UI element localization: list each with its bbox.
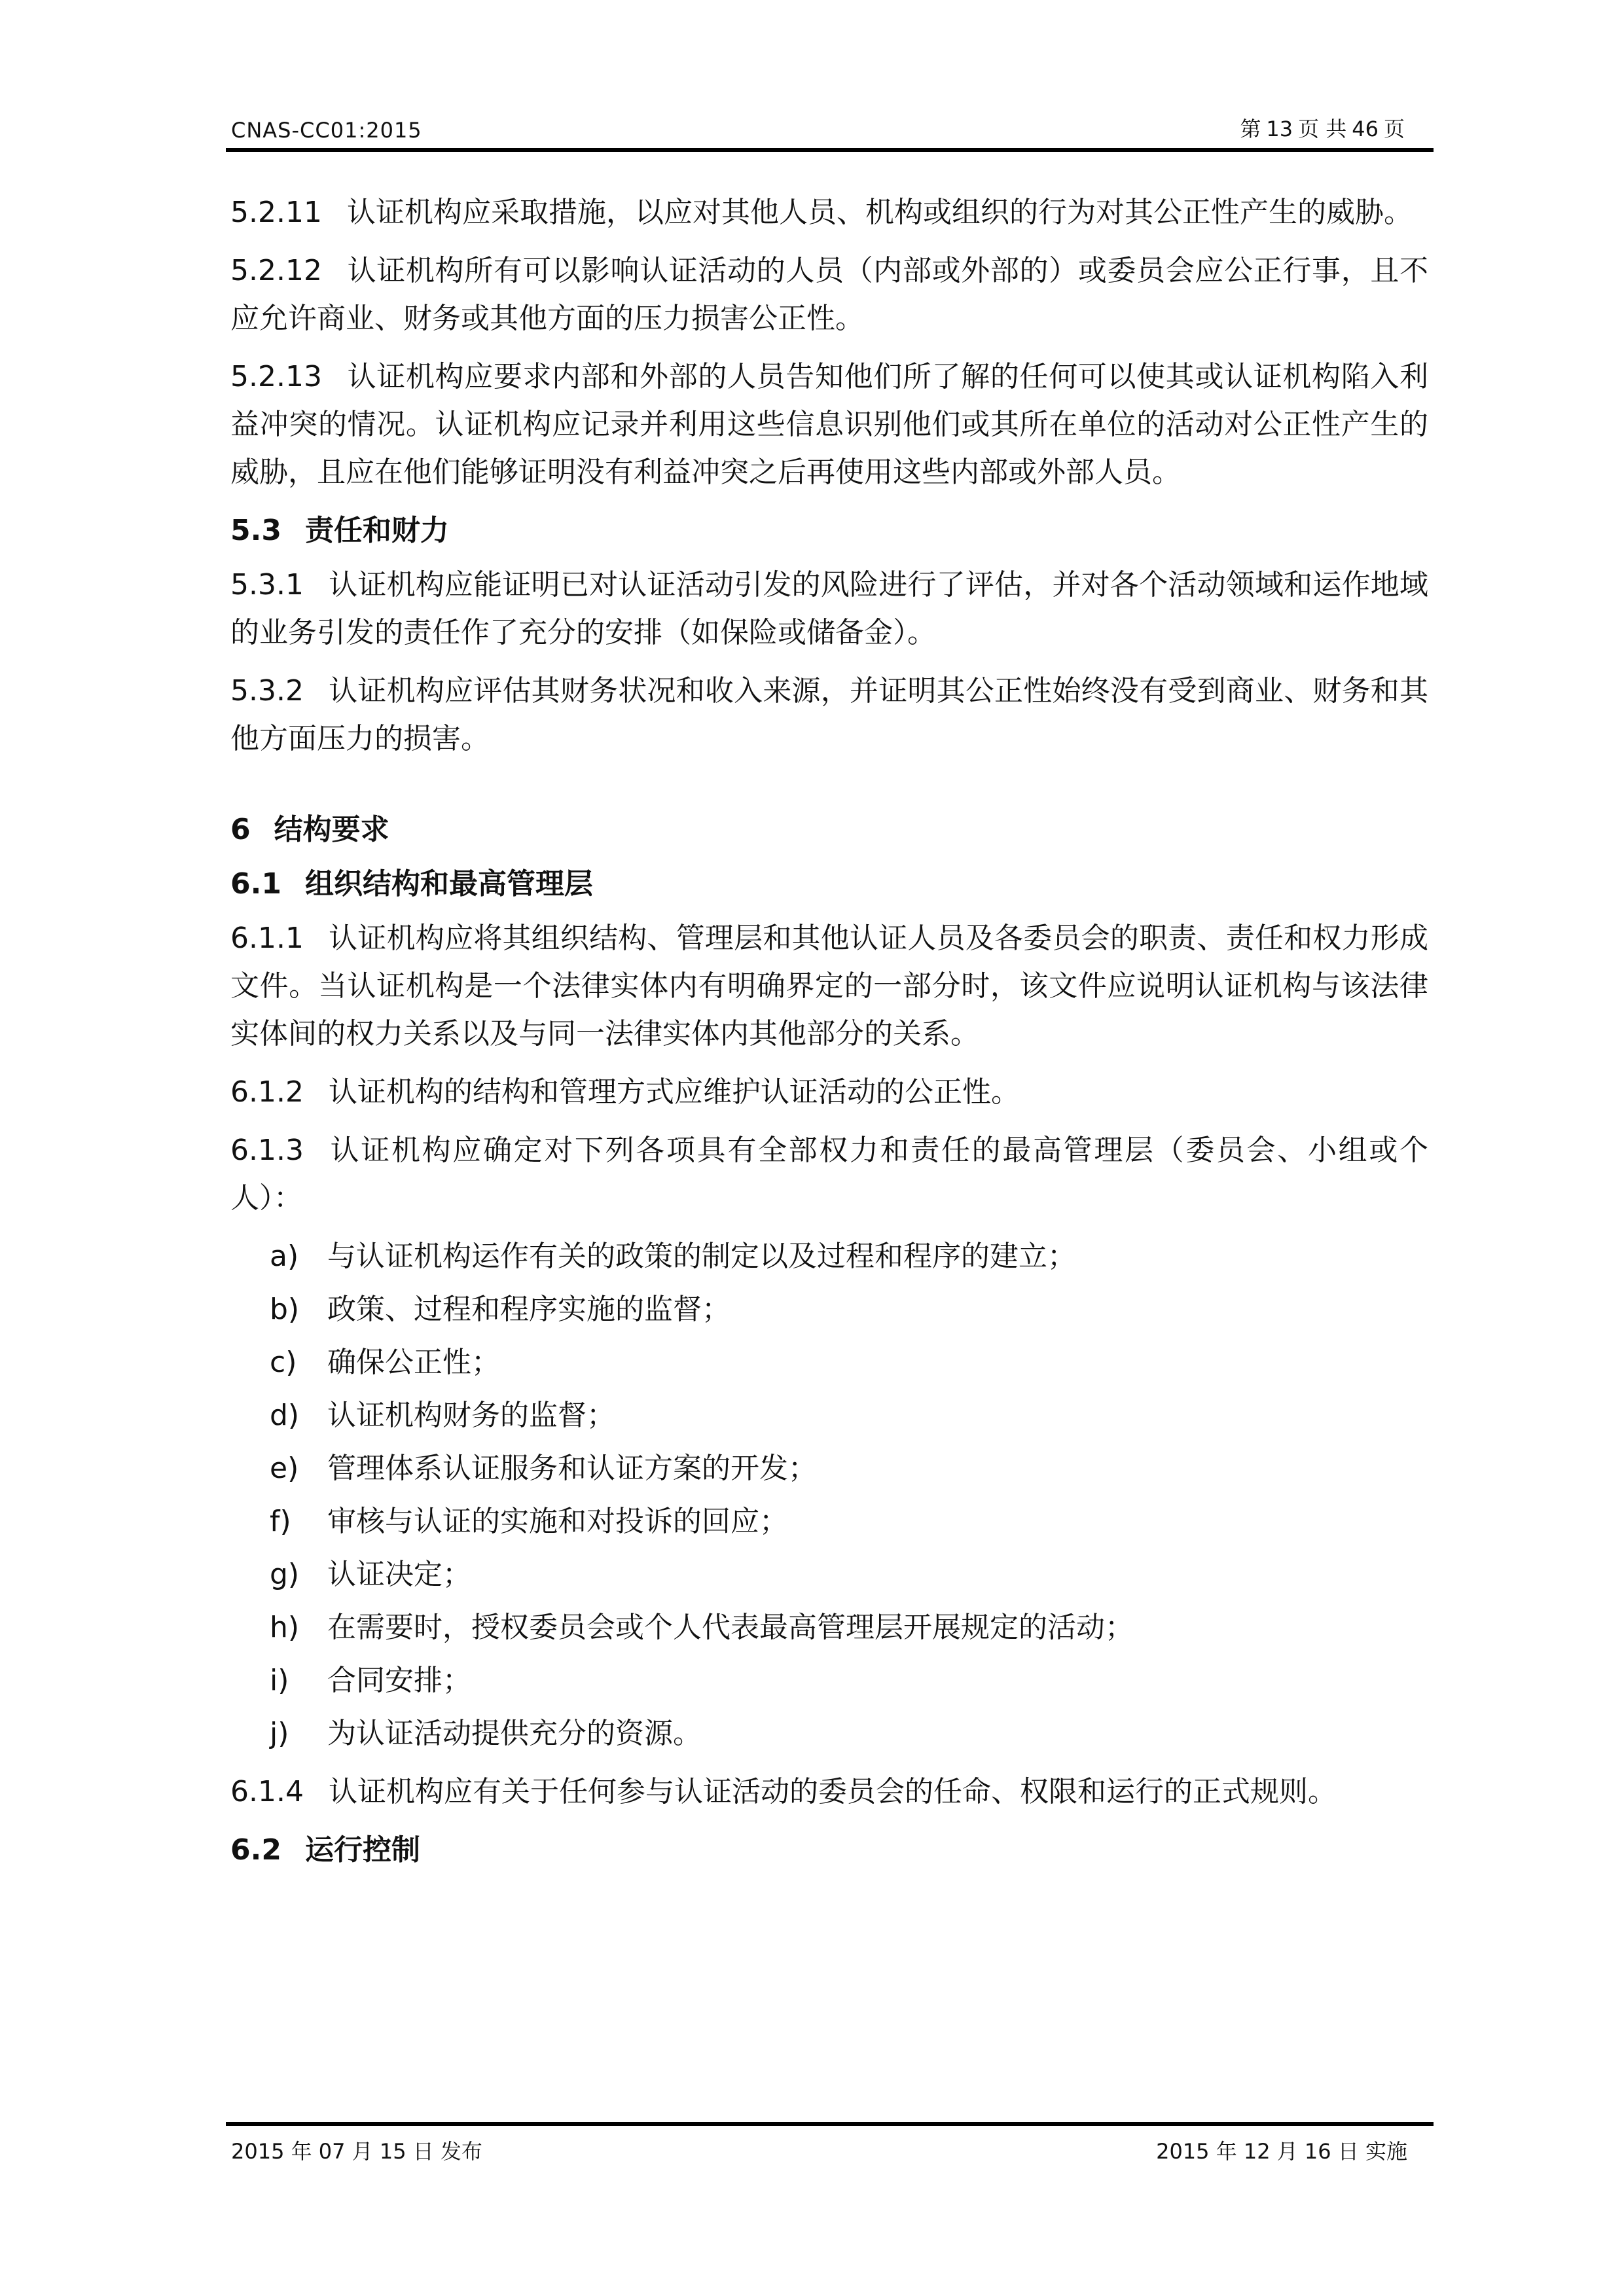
list-text: 与认证机构运作有关的政策的制定以及过程和程序的建立； [327, 1240, 1076, 1273]
list-text: 为认证活动提供充分的资源。 [327, 1717, 702, 1750]
list-item: j)为认证活动提供充分的资源。 [230, 1710, 1428, 1757]
list-marker: d) [270, 1391, 327, 1439]
list-text: 在需要时，授权委员会或个人代表最高管理层开展规定的活动； [327, 1611, 1134, 1644]
clause-number: 5.3.2 [230, 674, 304, 708]
list-text: 确保公正性； [327, 1346, 500, 1379]
clause-6-1-4: 6.1.4认证机构应有关于任何参与认证活动的委员会的任命、权限和运行的正式规则。 [230, 1768, 1428, 1816]
list-marker: j) [270, 1710, 327, 1757]
list-marker: h) [270, 1604, 327, 1651]
clause-5-2-13: 5.2.13认证机构应要求内部和外部的人员告知他们所了解的任何可以使其或认证机构… [230, 353, 1428, 496]
list-marker: f) [270, 1498, 327, 1545]
clause-number: 5.3.1 [230, 568, 304, 601]
list-item: h)在需要时，授权委员会或个人代表最高管理层开展规定的活动； [230, 1604, 1428, 1651]
clause-text: 认证机构应采取措施，以应对其他人员、机构或组织的行为对其公正性产生的威胁。 [347, 196, 1413, 229]
list-item: f)审核与认证的实施和对投诉的回应； [230, 1498, 1428, 1545]
clause-number: 5.2.12 [230, 254, 322, 287]
list-text: 合同安排； [327, 1664, 471, 1697]
page-footer: 2015 年 07 月 15 日 发布 2015 年 12 月 16 日 实施 [226, 2122, 1434, 2126]
list-item: i)合同安排； [230, 1657, 1428, 1704]
heading-text: 责任和财力 [305, 514, 449, 547]
clause-6-1-3: 6.1.3认证机构应确定对下列各项具有全部权力和责任的最高管理层（委员会、小组或… [230, 1126, 1428, 1222]
heading-text: 运行控制 [305, 1833, 420, 1867]
list-marker: e) [270, 1444, 327, 1492]
publish-date: 2015 年 07 月 15 日 发布 [231, 2135, 482, 2165]
list-item: g)认证决定； [230, 1551, 1428, 1598]
clause-text: 认证机构应评估其财务状况和收入来源，并证明其公正性始终没有受到商业、财务和其他方… [230, 674, 1428, 755]
clause-text: 认证机构应确定对下列各项具有全部权力和责任的最高管理层（委员会、小组或个人）： [230, 1134, 1428, 1215]
clause-number: 5.2.11 [230, 196, 322, 229]
list-marker: i) [270, 1657, 327, 1704]
heading-text: 结构要求 [274, 813, 389, 846]
clause-text: 认证机构应有关于任何参与认证活动的委员会的任命、权限和运行的正式规则。 [329, 1775, 1337, 1808]
list-text: 认证机构财务的监督； [327, 1399, 615, 1432]
list-marker: g) [270, 1551, 327, 1598]
clause-text: 认证机构应能证明已对认证活动引发的风险进行了评估，并对各个活动领域和运作地域的业… [230, 568, 1428, 649]
page-header: CNAS-CC01:2015 第13页 共46页 [226, 110, 1434, 152]
list-item: c)确保公正性； [230, 1338, 1428, 1386]
heading-number: 6 [230, 813, 251, 846]
heading-text: 组织结构和最高管理层 [305, 867, 593, 901]
heading-5-3: 5.3责任和财力 [230, 507, 1428, 554]
clause-number: 6.1.1 [230, 922, 304, 955]
document-body: 5.2.11认证机构应采取措施，以应对其他人员、机构或组织的行为对其公正性产生的… [230, 188, 1428, 1880]
page-prefix: 第 [1240, 117, 1261, 141]
list-marker: a) [270, 1232, 327, 1280]
page-total: 46 [1352, 117, 1379, 141]
clause-text: 认证机构应要求内部和外部的人员告知他们所了解的任何可以使其或认证机构陷入利益冲突… [230, 360, 1428, 489]
clause-5-3-1: 5.3.1认证机构应能证明已对认证活动引发的风险进行了评估，并对各个活动领域和运… [230, 561, 1428, 656]
list-text: 认证决定； [327, 1558, 471, 1591]
clause-number: 6.1.4 [230, 1775, 304, 1808]
list-text: 审核与认证的实施和对投诉的回应； [327, 1505, 788, 1538]
clause-number: 6.1.3 [230, 1134, 304, 1167]
list-item: a)与认证机构运作有关的政策的制定以及过程和程序的建立； [230, 1232, 1428, 1280]
heading-number: 5.3 [230, 514, 281, 547]
clause-text: 认证机构所有可以影响认证活动的人员（内部或外部的）或委员会应公正行事，且不应允许… [230, 254, 1428, 335]
list-marker: c) [270, 1338, 327, 1386]
clause-text: 认证机构的结构和管理方式应维护认证活动的公正性。 [329, 1075, 1020, 1109]
list-item: b)政策、过程和程序实施的监督； [230, 1285, 1428, 1333]
clause-6-1-2: 6.1.2认证机构的结构和管理方式应维护认证活动的公正性。 [230, 1068, 1428, 1116]
clause-text: 认证机构应将其组织结构、管理层和其他认证人员及各委员会的职责、责任和权力形成文件… [230, 922, 1428, 1050]
heading-number: 6.1 [230, 867, 281, 901]
heading-6-2: 6.2运行控制 [230, 1826, 1428, 1874]
page-suffix: 页 [1384, 117, 1405, 141]
heading-6-1: 6.1组织结构和最高管理层 [230, 860, 1428, 908]
list-item: d)认证机构财务的监督； [230, 1391, 1428, 1439]
page-current: 13 [1266, 117, 1293, 141]
list-text: 政策、过程和程序实施的监督； [327, 1293, 731, 1326]
clause-6-1-1: 6.1.1认证机构应将其组织结构、管理层和其他认证人员及各委员会的职责、责任和权… [230, 914, 1428, 1058]
heading-number: 6.2 [230, 1833, 281, 1867]
responsibility-list: a)与认证机构运作有关的政策的制定以及过程和程序的建立； b)政策、过程和程序实… [230, 1232, 1428, 1757]
clause-number: 5.2.13 [230, 360, 322, 393]
clause-5-3-2: 5.3.2认证机构应评估其财务状况和收入来源，并证明其公正性始终没有受到商业、财… [230, 667, 1428, 762]
list-text: 管理体系认证服务和认证方案的开发； [327, 1452, 817, 1485]
heading-6: 6结构要求 [230, 806, 1428, 853]
document-id: CNAS-CC01:2015 [231, 118, 422, 143]
clause-number: 6.1.2 [230, 1075, 304, 1109]
list-marker: b) [270, 1285, 327, 1333]
page-number: 第13页 共46页 [1237, 113, 1407, 143]
clause-5-2-12: 5.2.12认证机构所有可以影响认证活动的人员（内部或外部的）或委员会应公正行事… [230, 247, 1428, 342]
clause-5-2-11: 5.2.11认证机构应采取措施，以应对其他人员、机构或组织的行为对其公正性产生的… [230, 188, 1428, 236]
page-mid: 页 共 [1298, 117, 1346, 141]
list-item: e)管理体系认证服务和认证方案的开发； [230, 1444, 1428, 1492]
effective-date: 2015 年 12 月 16 日 实施 [1156, 2135, 1407, 2165]
